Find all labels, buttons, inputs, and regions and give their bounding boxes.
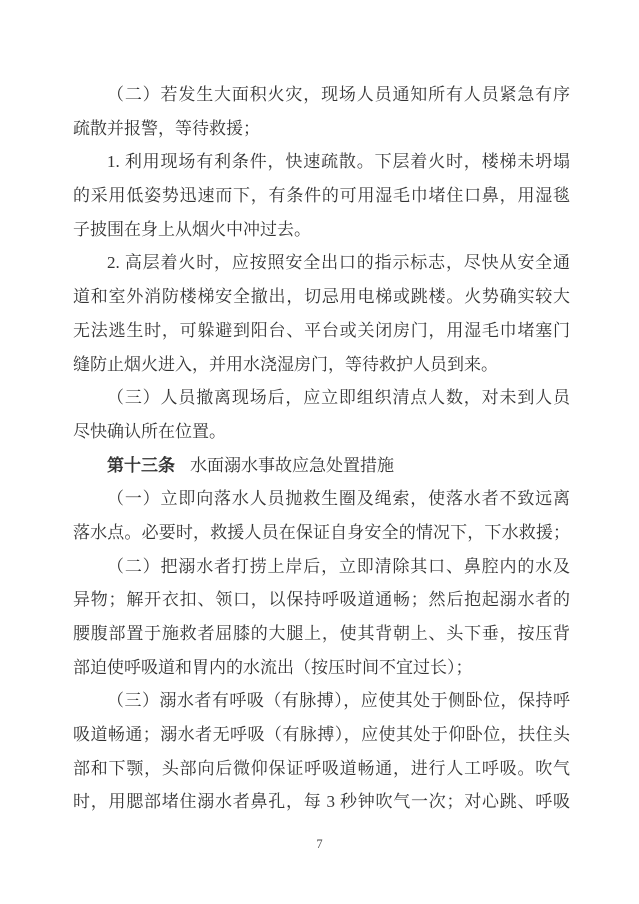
text-line: 吸道畅通；溺水者无呼吸（有脉搏），应使其处于仰卧位，扶住头	[73, 718, 570, 752]
page-number: 7	[0, 835, 639, 853]
text-line: 尽快确认所在位置。	[73, 415, 570, 449]
text-line: 落水点。必要时，救援人员在保证自身安全的情况下，下水救援；	[73, 516, 570, 550]
heading-article-number: 第十三条	[107, 456, 175, 475]
text-line: 部和下颚，头部向后微仰保证呼吸道畅通，进行人工呼吸。吹气	[73, 752, 570, 786]
text-line: （一）立即向落水人员抛救生圈及绳索，使落水者不致远离	[73, 482, 570, 516]
document-page: （二）若发生大面积火灾，现场人员通知所有人员紧急有序疏散并报警，等待救援；1. …	[0, 0, 639, 904]
text-line: 腰腹部置于施救者屈膝的大腿上，使其背朝上、头下垂，按压背	[73, 617, 570, 651]
text-line: 时，用腮部堵住溺水者鼻孔，每 3 秒钟吹气一次；对心跳、呼吸	[73, 785, 570, 819]
text-line: （二）若发生大面积火灾，现场人员通知所有人员紧急有序	[73, 78, 570, 112]
heading-line: 第十三条水面溺水事故应急处置措施	[73, 449, 570, 483]
text-line: （二）把溺水者打捞上岸后，立即清除其口、鼻腔内的水及	[73, 550, 570, 584]
text-line: （三）溺水者有呼吸（有脉搏），应使其处于侧卧位，保持呼	[73, 684, 570, 718]
text-line: 部迫使呼吸道和胃内的水流出（按压时间不宜过长）；	[73, 651, 570, 685]
text-line: 疏散并报警，等待救援；	[73, 112, 570, 146]
text-line: （三）人员撤离现场后，应立即组织清点人数，对未到人员	[73, 381, 570, 415]
text-line: 子披围在身上从烟火中冲过去。	[73, 213, 570, 247]
text-line: 异物；解开衣扣、领口，以保持呼吸道通畅；然后抱起溺水者的	[73, 583, 570, 617]
text-line: 2. 高层着火时，应按照安全出口的指示标志，尽快从安全通	[73, 246, 570, 280]
text-line: 无法逃生时，可躲避到阳台、平台或关闭房门，用湿毛巾堵塞门	[73, 314, 570, 348]
document-body: （二）若发生大面积火灾，现场人员通知所有人员紧急有序疏散并报警，等待救援；1. …	[73, 78, 570, 819]
text-line: 缝防止烟火进入，并用水浇湿房门，等待救护人员到来。	[73, 348, 570, 382]
text-line: 道和室外消防楼梯安全撤出，切忌用电梯或跳楼。火势确实较大	[73, 280, 570, 314]
heading-title: 水面溺水事故应急处置措施	[190, 456, 394, 475]
text-line: 的采用低姿势迅速而下，有条件的可用湿毛巾堵住口鼻，用湿毯	[73, 179, 570, 213]
text-line: 1. 利用现场有利条件，快速疏散。下层着火时，楼梯未坍塌	[73, 145, 570, 179]
